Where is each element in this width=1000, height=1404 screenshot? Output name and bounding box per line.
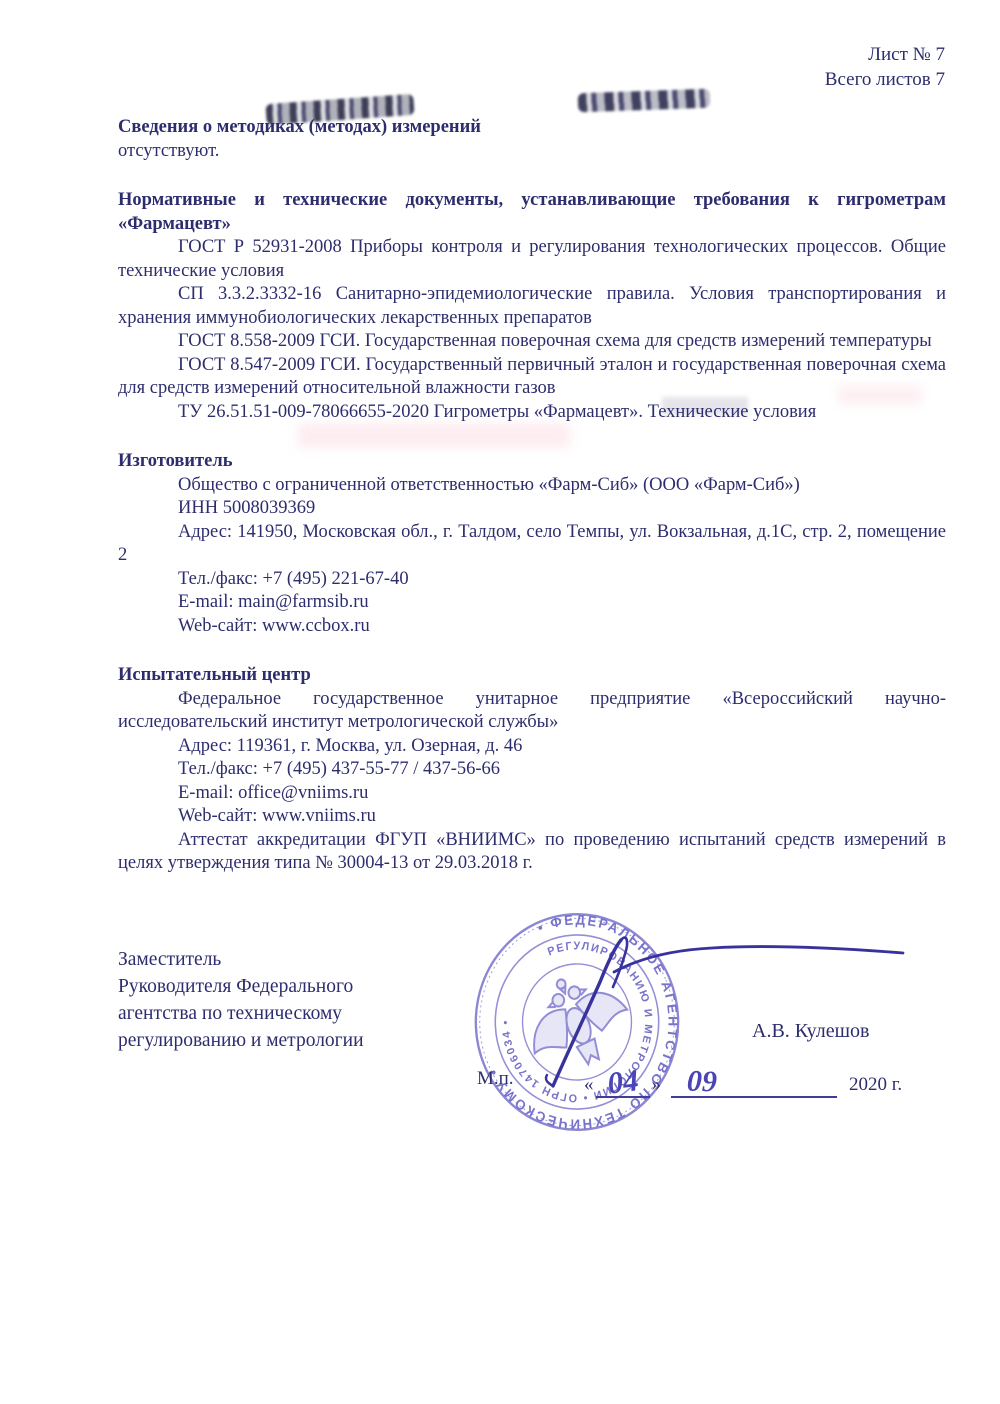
total-sheets: Всего листов 7 (825, 67, 945, 92)
stamp-place-label: М.п. (477, 1068, 514, 1090)
normative-item: ГОСТ 8.547-2009 ГСИ. Государственный пер… (118, 354, 946, 401)
normative-section-title: Нормативные и технические документы, уст… (118, 189, 946, 236)
official-title-line: регулированию и метрологии (118, 1027, 418, 1054)
official-title-line: агентства по техническому (118, 1000, 418, 1027)
sheet-info: Лист № 7 Всего листов 7 (825, 42, 945, 92)
manufacturer-line: ИНН 5008039369 (118, 497, 946, 521)
normative-item: ТУ 26.51.51-009-78066655-2020 Гигрометры… (118, 401, 946, 425)
manufacturer-line: Тел./факс: +7 (495) 221-67-40 (118, 568, 946, 592)
sheet-number: Лист № 7 (825, 42, 945, 67)
manufacturer-line: Адрес: 141950, Московская обл., г. Талдо… (118, 521, 946, 568)
manufacturer-line: Web-сайт: www.ccbox.ru (118, 615, 946, 639)
year-label: 2020 г. (849, 1074, 902, 1098)
month-slot: 09 (671, 1062, 837, 1098)
date-line: « 04 » 09 2020 г. (584, 1050, 902, 1098)
test-center-line: Адрес: 119361, г. Москва, ул. Озерная, д… (118, 735, 946, 759)
day-slot: 04 (596, 1060, 650, 1098)
handwritten-month: 09 (686, 1064, 717, 1099)
official-title-line: Руководителя Федерального (118, 973, 418, 1000)
normative-item: ГОСТ Р 52931-2008 Приборы контроля и рег… (118, 236, 946, 283)
scanned-document-page: Лист № 7 Всего листов 7 Сведения о метод… (0, 0, 1000, 1404)
rosstandart-stamp: • ФЕДЕРАЛЬНОЕ АГЕНТСТВО ПО ТЕХНИЧЕСКОМУ … (470, 908, 684, 1136)
manufacturer-line: Общество с ограниченной ответственностью… (118, 474, 946, 498)
official-title-line: Заместитель (118, 946, 418, 973)
document-body: Сведения о методиках (методах) измерений… (118, 116, 946, 876)
test-center-line: Web-сайт: www.vniims.ru (118, 805, 946, 829)
signer-name: А.В. Кулешов (752, 1020, 869, 1043)
handwritten-day: 04 (605, 1062, 640, 1102)
manufacturer-section-title: Изготовитель (118, 450, 946, 474)
test-center-line: Тел./факс: +7 (495) 437-55-77 / 437-56-6… (118, 758, 946, 782)
close-quote: » (652, 1074, 662, 1098)
official-title-block: ЗаместительРуководителя Федеральногоаген… (118, 946, 418, 1054)
test-center-line: Федеральное государственное унитарное пр… (118, 688, 946, 735)
methods-section-title: Сведения о методиках (методах) измерений (118, 116, 946, 140)
methods-section-body: отсутствуют. (118, 140, 946, 164)
normative-item: ГОСТ 8.558-2009 ГСИ. Государственная пов… (118, 330, 946, 354)
test-center-section-title: Испытательный центр (118, 664, 946, 688)
test-center-lines: Федеральное государственное унитарное пр… (118, 688, 946, 876)
ink-smudge-right (578, 89, 711, 113)
test-center-line: E-mail: office@vniims.ru (118, 782, 946, 806)
open-quote: « (584, 1074, 594, 1098)
manufacturer-line: E-mail: main@farmsib.ru (118, 591, 946, 615)
normative-item: СП 3.3.2.3332-16 Санитарно-эпидемиологич… (118, 283, 946, 330)
manufacturer-lines: Общество с ограниченной ответственностью… (118, 474, 946, 639)
test-center-line: Аттестат аккредитации ФГУП «ВНИИМС» по п… (118, 829, 946, 876)
normative-items: ГОСТ Р 52931-2008 Приборы контроля и рег… (118, 236, 946, 424)
